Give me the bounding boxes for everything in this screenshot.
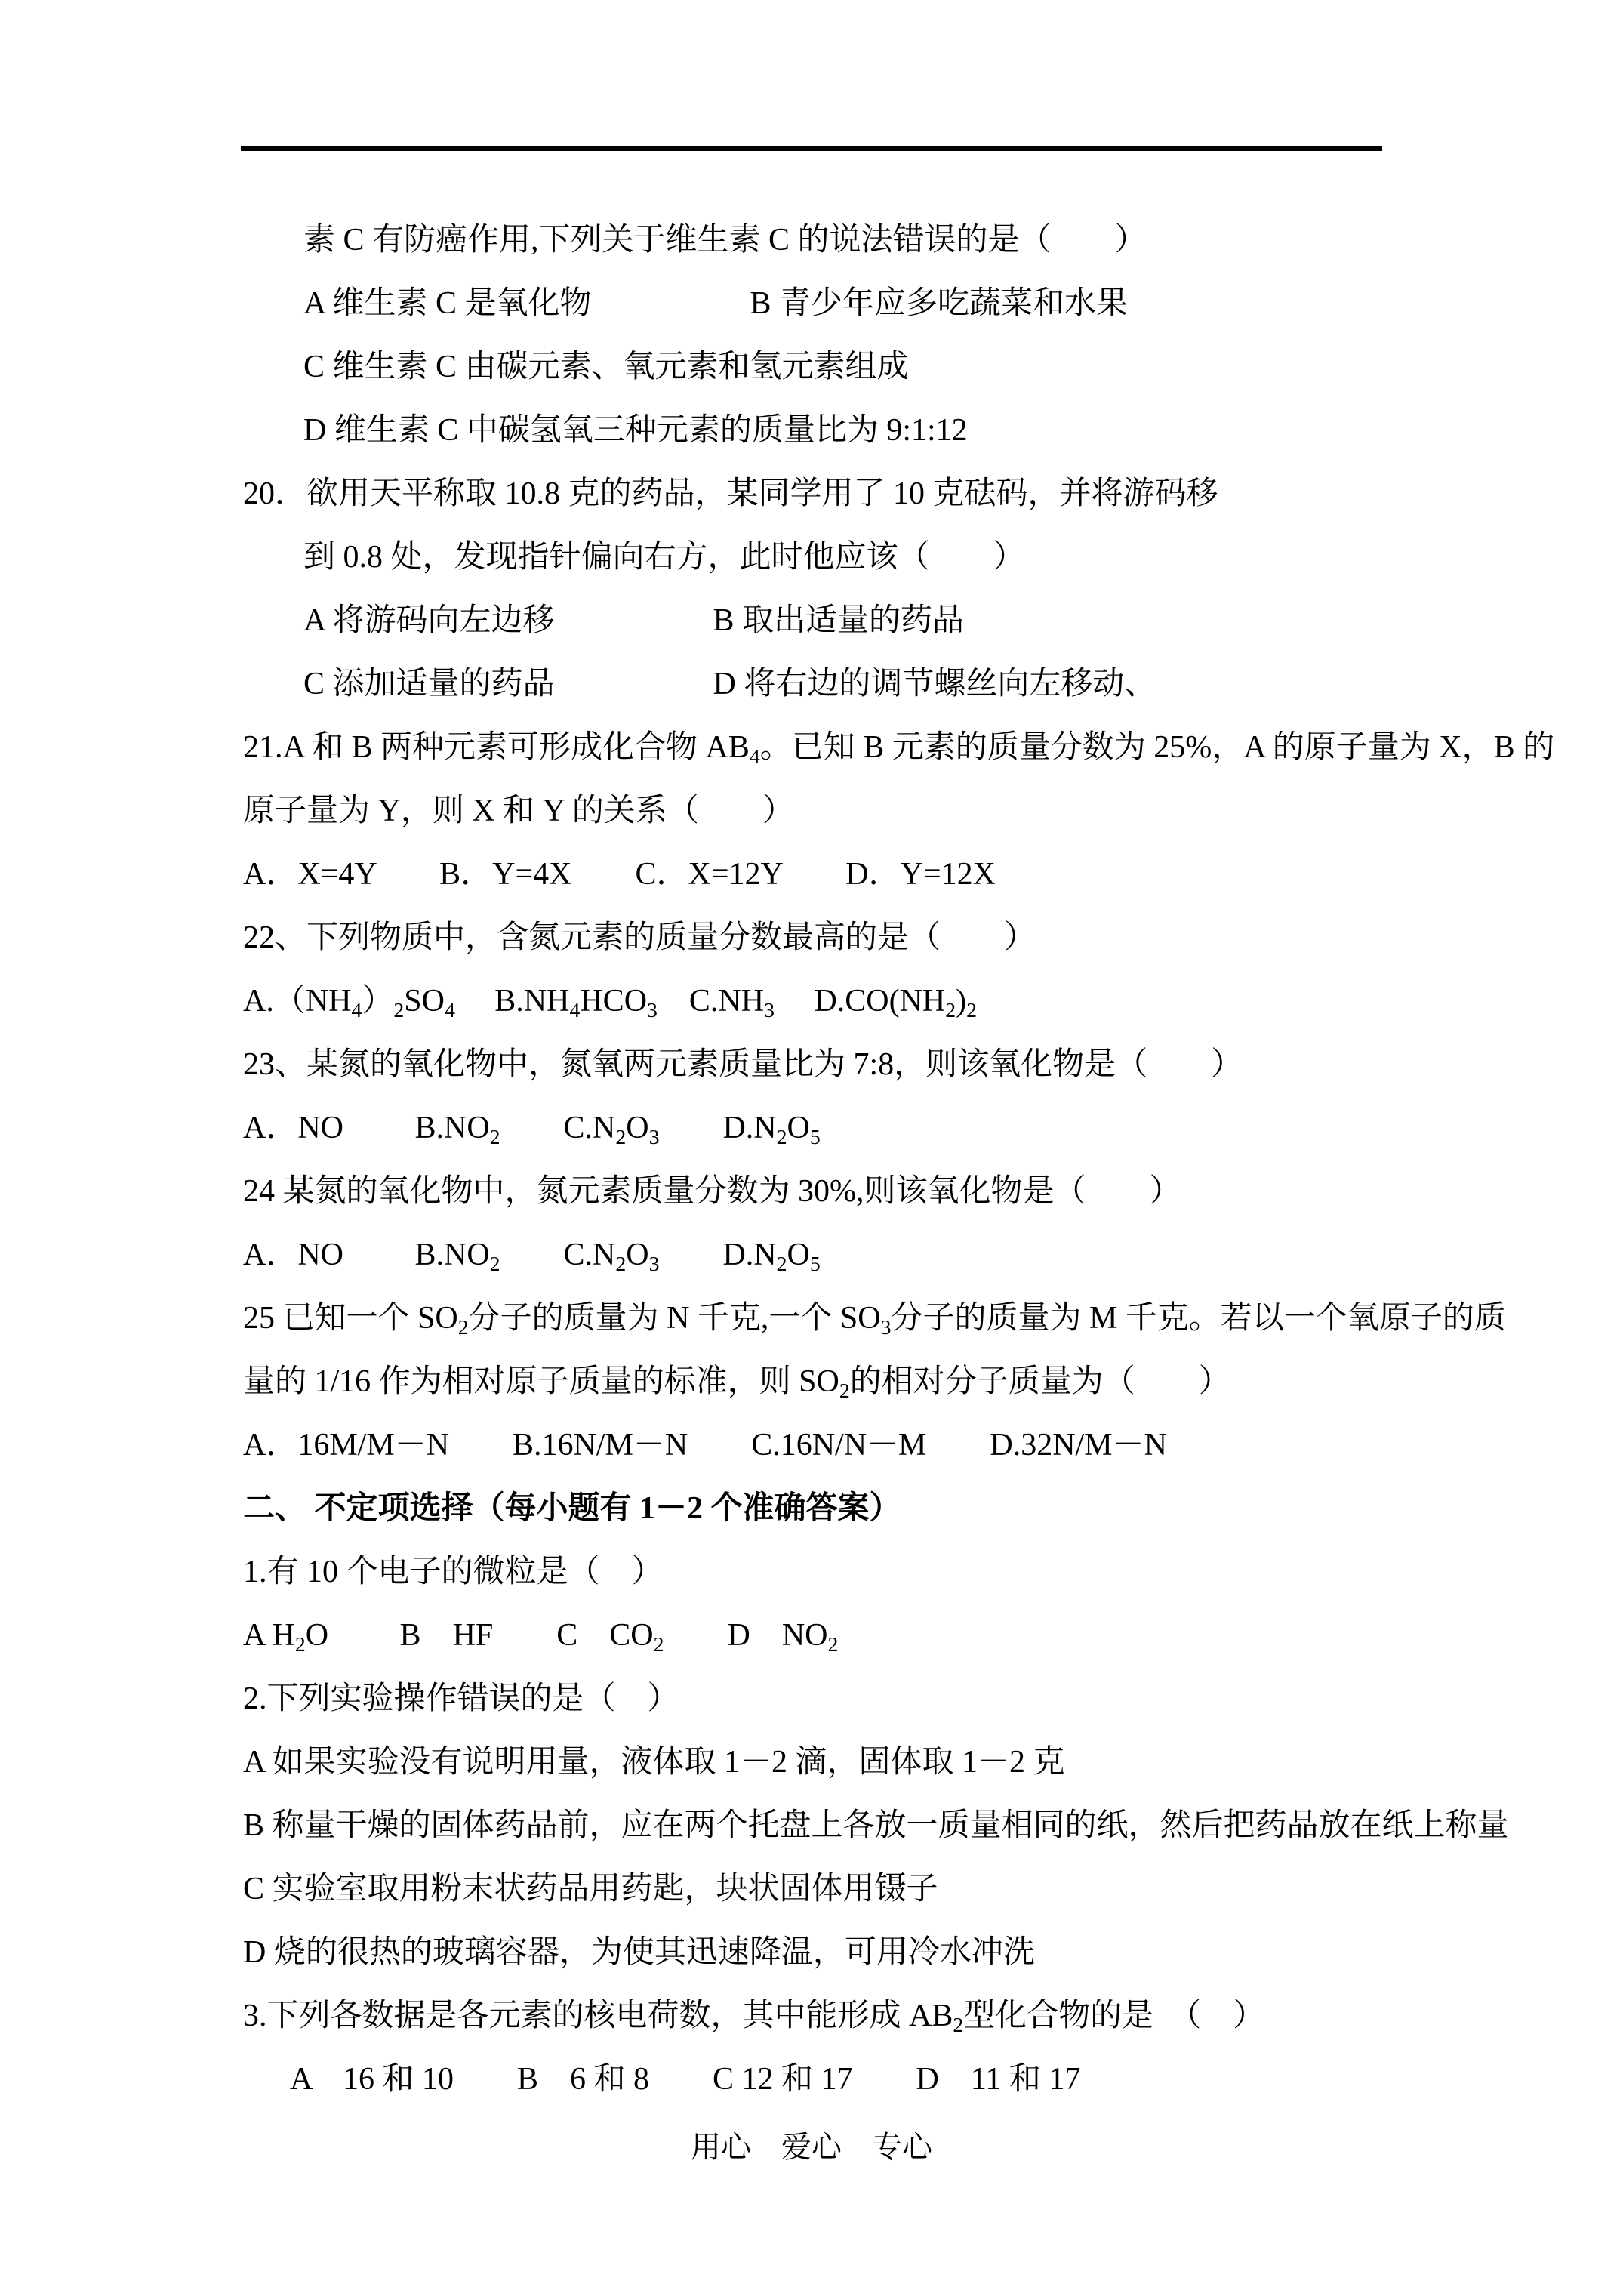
page-footer: 用心 爱心 专心 — [0, 2122, 1623, 2173]
q25-stem-line1: 25 已知一个 SO2分子的质量为 N 千克,一个 SO3分子的质量为 M 千克… — [243, 1287, 1451, 1350]
s2-q2-option-d: D 烧的很热的玻璃容器，为使其迅速降温，可用冷水冲洗 — [243, 1921, 1451, 1984]
q19-stem-continued: 素 C 有防癌作用,下列关于维生素 C 的说法错误的是（ ） — [243, 208, 1451, 272]
q21-stem-line1: 21.A 和 B 两种元素可形成化合物 AB4。已知 B 元素的质量分数为 25… — [243, 716, 1451, 779]
s2-q3-options: A 16 和 10 B 6 和 8 C 12 和 17 D 11 和 17 — [243, 2048, 1451, 2111]
q20-options-ab: A 将游码向左边移 B 取出适量的药品 — [243, 589, 1451, 652]
q25-stem-line2: 量的 1/16 作为相对原子质量的标准，则 SO2的相对分子质量为（ ） — [243, 1350, 1451, 1413]
q22-stem: 22、下列物质中，含氮元素的质量分数最高的是（ ） — [243, 906, 1451, 969]
q20-stem-line2: 到 0.8 处，发现指针偏向右方，此时他应该（ ） — [243, 525, 1451, 589]
s2-q3-stem: 3.下列各数据是各元素的核电荷数，其中能形成 AB2型化合物的是 （ ） — [243, 1984, 1451, 2048]
q19-options-ab: A 维生素 C 是氧化物 B 青少年应多吃蔬菜和水果 — [243, 272, 1451, 335]
q25-options: A．16M/M－N B.16N/M－N C.16N/N－M D.32N/M－N — [243, 1413, 1451, 1477]
q19-option-d: D 维生素 C 中碳氢氧三种元素的质量比为 9:1:12 — [243, 399, 1451, 462]
q23-stem: 23、某氮的氧化物中，氮氧两元素质量比为 7:8，则该氧化物是（ ） — [243, 1033, 1451, 1096]
header-rule — [241, 146, 1382, 151]
s2-q2-option-a: A 如果实验没有说明用量，液体取 1－2 滴，固体取 1－2 克 — [243, 1730, 1451, 1794]
s2-q1-options: A H2O B HF C CO2 D NO2 — [243, 1604, 1451, 1667]
q19-option-c: C 维生素 C 由碳元素、氧元素和氢元素组成 — [243, 335, 1451, 399]
q23-options: A．NO B.NO2 C.N2O3 D.N2O5 — [243, 1096, 1451, 1160]
q20-stem-line1: 20．欲用天平称取 10.8 克的药品，某同学用了 10 克砝码，并将游码移 — [243, 462, 1451, 525]
s2-q2-option-c: C 实验室取用粉末状药品用药匙，块状固体用镊子 — [243, 1857, 1451, 1921]
q24-options: A．NO B.NO2 C.N2O3 D.N2O5 — [243, 1223, 1451, 1287]
section2-heading: 二、 不定项选择（每小题有 1－2 个准确答案） — [243, 1477, 1451, 1540]
exam-document-page: 素 C 有防癌作用,下列关于维生素 C 的说法错误的是（ ） A 维生素 C 是… — [0, 0, 1623, 2296]
s2-q2-stem: 2.下列实验操作错误的是（ ） — [243, 1667, 1451, 1730]
document-body: 素 C 有防癌作用,下列关于维生素 C 的说法错误的是（ ） A 维生素 C 是… — [243, 208, 1451, 2111]
q24-stem: 24 某氮的氧化物中，氮元素质量分数为 30%,则该氧化物是（ ） — [243, 1160, 1451, 1223]
s2-q2-option-b: B 称量干燥的固体药品前，应在两个托盘上各放一质量相同的纸，然后把药品放在纸上称… — [243, 1794, 1451, 1857]
q20-options-cd: C 添加适量的药品 D 将右边的调节螺丝向左移动、 — [243, 652, 1451, 716]
q21-stem-line2: 原子量为 Y，则 X 和 Y 的关系（ ） — [243, 779, 1451, 843]
s2-q1-stem: 1.有 10 个电子的微粒是（ ） — [243, 1540, 1451, 1604]
q22-options: A.（NH4）2SO4 B.NH4HCO3 C.NH3 D.CO(NH2)2 — [243, 969, 1451, 1033]
q21-options: A．X=4Y B．Y=4X C．X=12Y D．Y=12X — [243, 843, 1451, 906]
